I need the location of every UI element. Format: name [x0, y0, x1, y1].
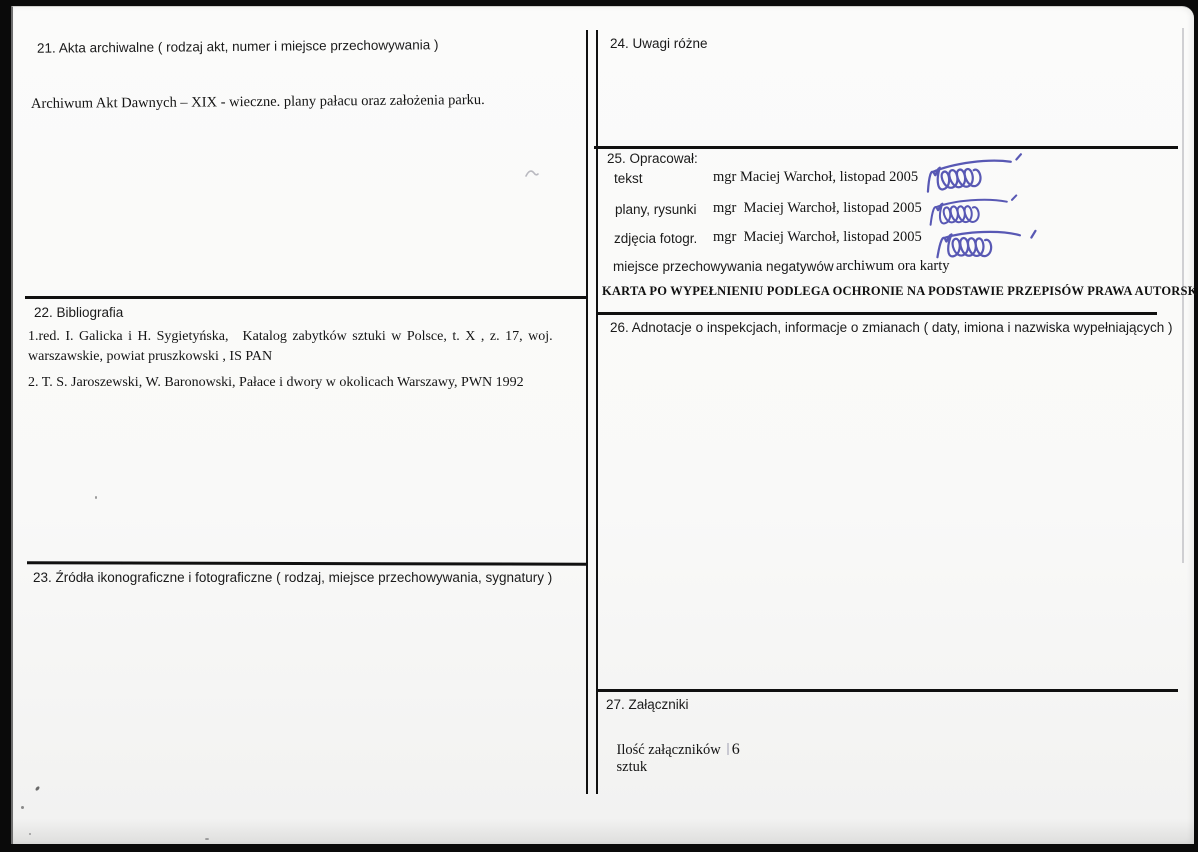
scan-speck	[21, 806, 24, 809]
attachments-count-value: 6	[732, 741, 741, 758]
attachments-count-line: Ilość załączników6 sztuk	[602, 724, 740, 793]
bibliography-title: Katalog zabytków sztuki w Polsce, t. X ,…	[243, 329, 553, 344]
bibliography-authors: 1.red. I. Galicka i H. Sygietyńska,	[28, 329, 229, 344]
opracowal-row-label-tekst: tekst	[614, 171, 643, 186]
section-27-heading: 27. Załączniki	[606, 697, 689, 712]
scanned-record-card: 21. Akta archiwalne ( rodzaj akt, numer …	[0, 0, 1198, 852]
bibliography-entry-1-line-1: 1.red. I. Galicka i H. Sygietyńska,Katal…	[28, 327, 594, 347]
section-27-rule	[597, 689, 1178, 692]
negatives-value: archiwum ora karty	[836, 258, 950, 275]
section-22-rule	[25, 296, 587, 299]
section-22-heading: 22. Bibliografia	[34, 305, 123, 320]
section-26-rule	[597, 312, 1157, 315]
bibliography-entry-2: 2. T. S. Jaroszewski, W. Baronowski, Pał…	[28, 375, 524, 391]
column-divider	[586, 30, 598, 794]
bibliography-entry-1: 1.red. I. Galicka i H. Sygietyńska,Katal…	[28, 327, 594, 367]
opracowal-row-value-plany: mgr Maciej Warchoł, listopad 2005	[713, 200, 922, 217]
opracowal-row-value-tekst: mgr Maciej Warchoł, listopad 2005	[713, 169, 918, 186]
scan-smudge	[524, 165, 540, 181]
section-24-heading: 24. Uwagi różne	[610, 36, 708, 51]
scan-speck	[29, 833, 31, 835]
section-26-heading: 26. Adnotacje o inspekcjach, informacje …	[610, 320, 1173, 335]
attachments-count-label: Ilość załączników	[617, 742, 721, 758]
scan-speck	[205, 838, 209, 840]
scan-speck	[95, 496, 97, 499]
negatives-label: miejsce przechowywania negatywów	[613, 259, 834, 274]
scan-artifact-tick	[727, 743, 729, 755]
section-25-rule	[594, 146, 1178, 149]
attachments-count-unit: sztuk	[617, 759, 648, 775]
opracowal-row-label-zdjecia: zdjęcia fotogr.	[614, 231, 697, 246]
opracowal-row-label-plany: plany, rysunki	[615, 202, 697, 217]
section-25-heading: 25. Opracował:	[607, 151, 698, 166]
opracowal-row-value-zdjecia: mgr Maciej Warchoł, listopad 2005	[713, 229, 922, 246]
paper	[11, 6, 1194, 844]
copyright-notice: KARTA PO WYPEŁNIENIU PODLEGA OCHRONIE NA…	[602, 284, 1198, 299]
section-23-heading: 23. Źródła ikonograficzne i fotograficzn…	[33, 570, 552, 585]
bibliography-entry-1-line-2: warszawskie, powiat pruszkowski , IS PAN	[28, 347, 594, 367]
